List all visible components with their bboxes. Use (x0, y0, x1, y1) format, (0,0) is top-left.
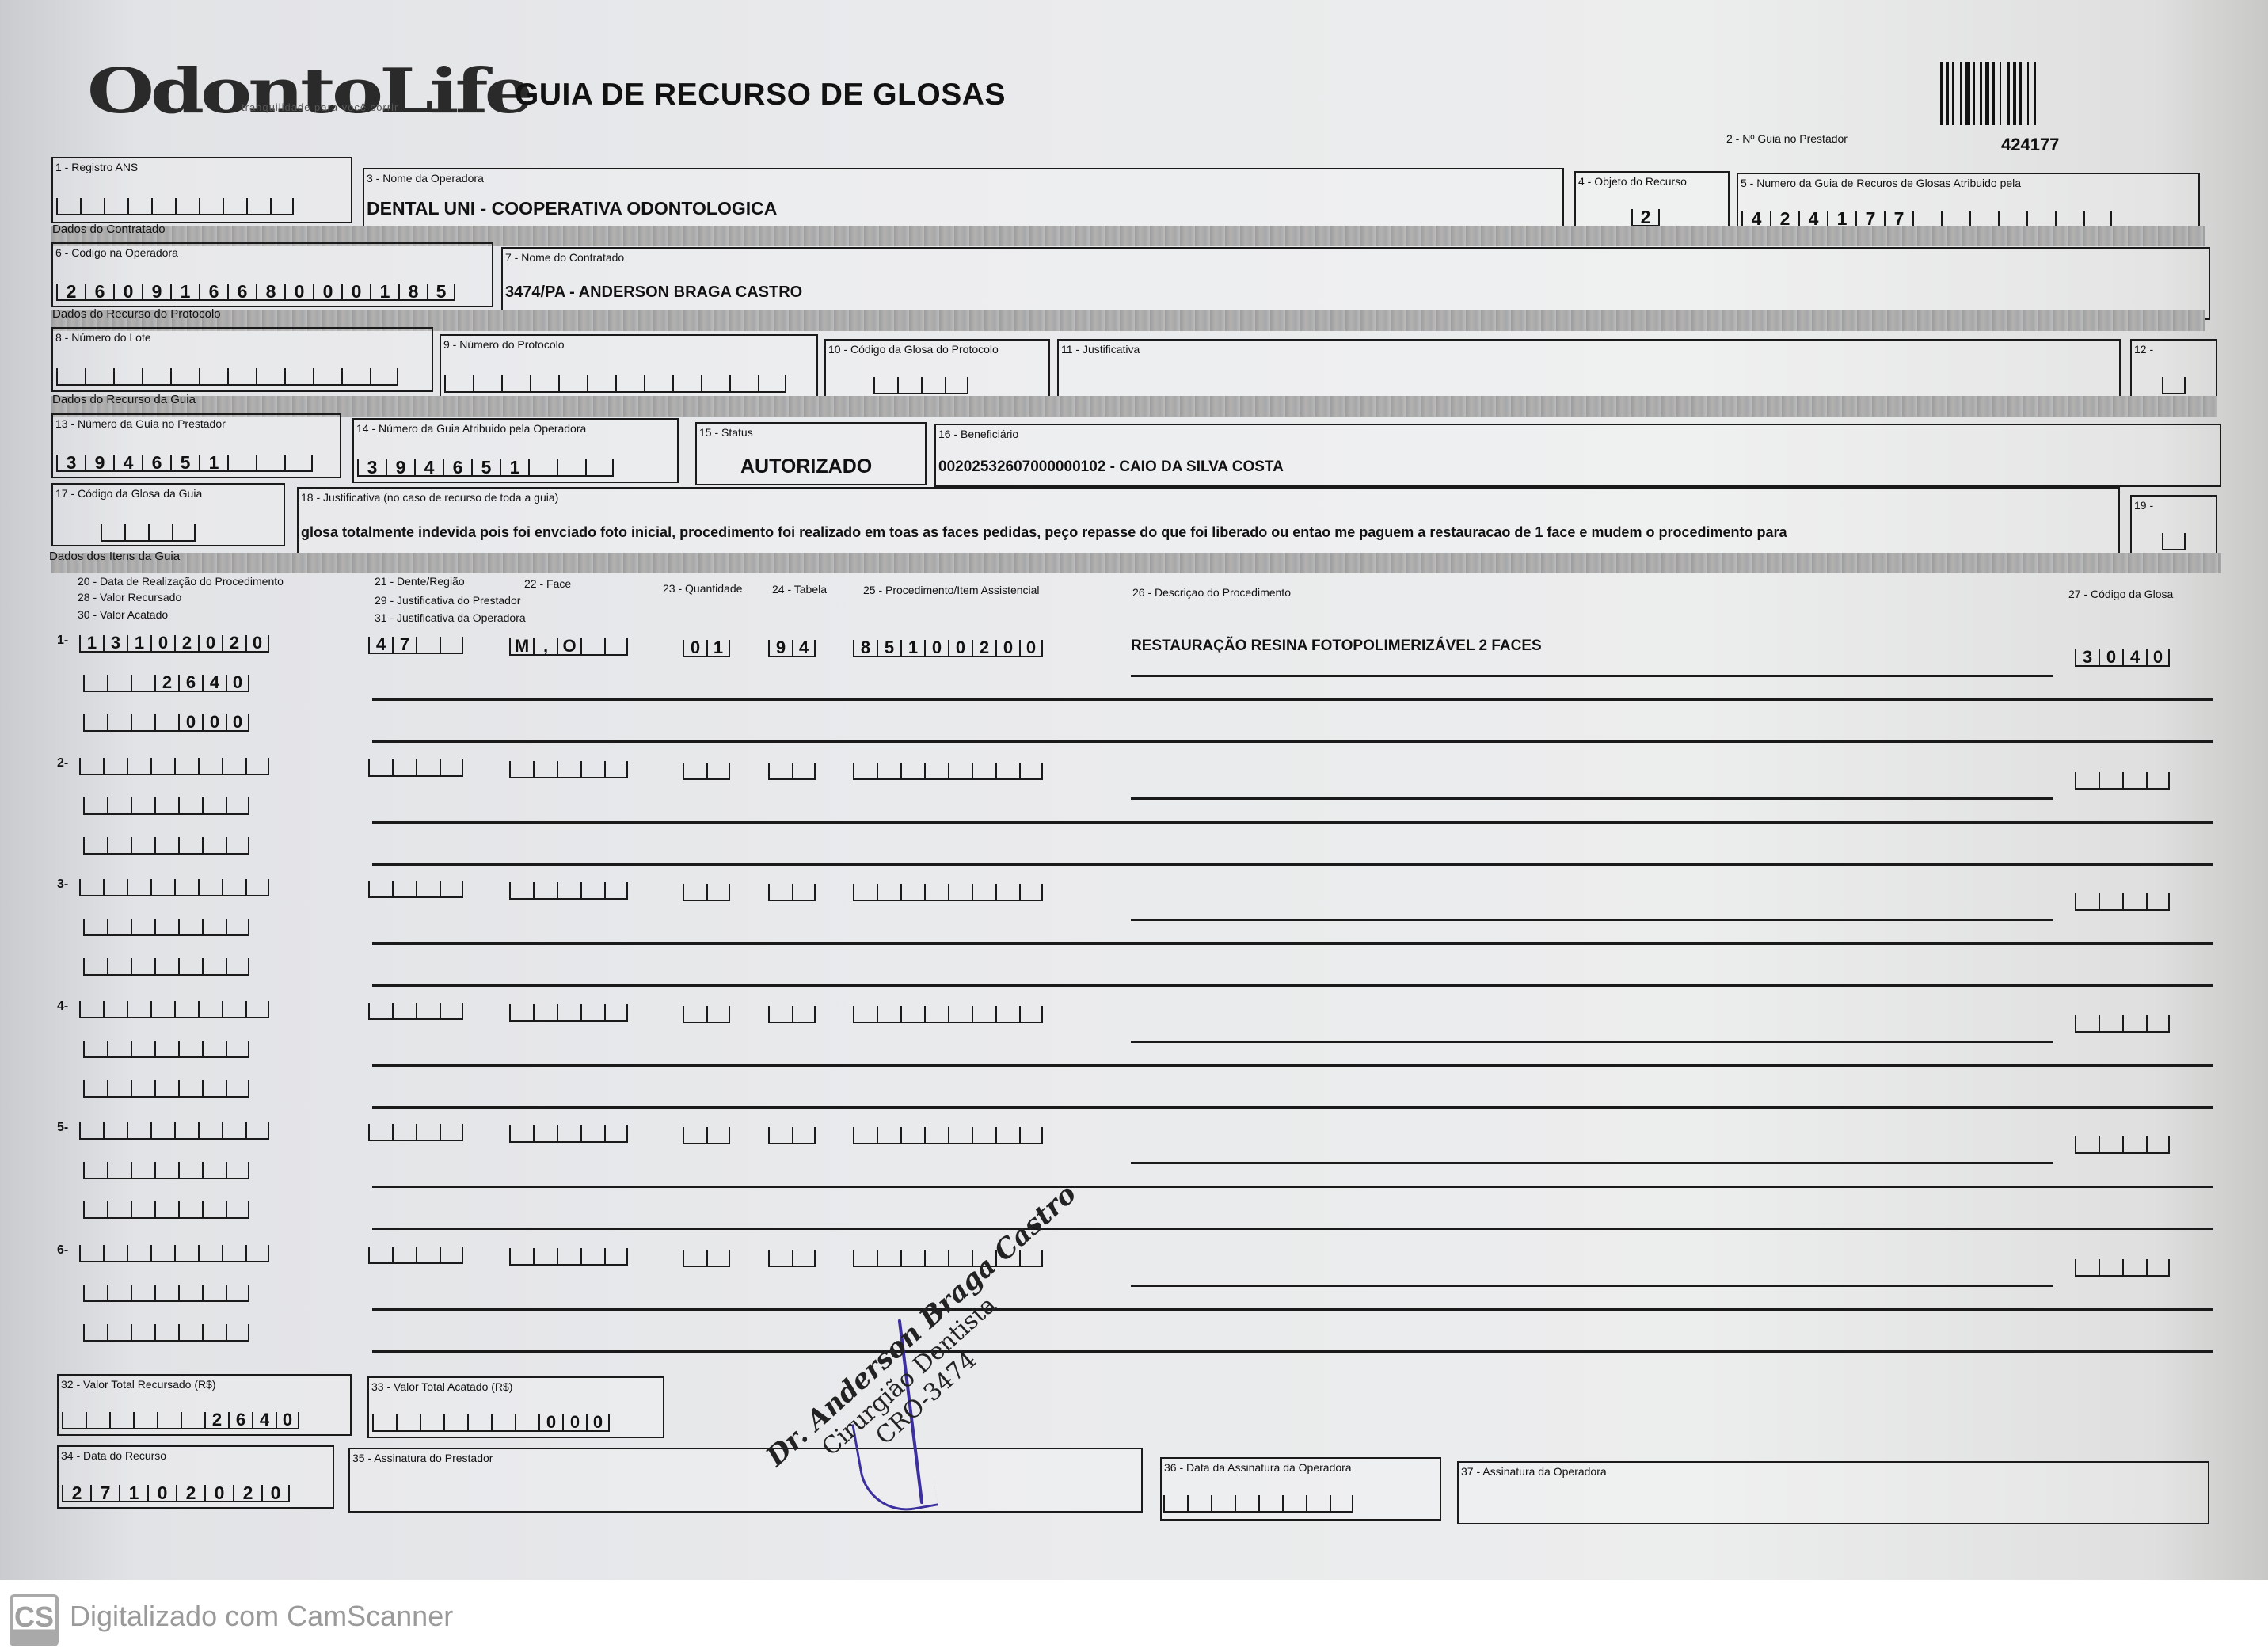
cell (107, 919, 131, 936)
cell (368, 1003, 392, 1020)
field-valor-total-acatado[interactable]: 33 - Valor Total Acatado (R$) 000 (367, 1376, 664, 1438)
cell (1282, 1495, 1306, 1513)
beneficiario-value: 00202532607000000102 - CAIO DA SILVA COS… (938, 459, 1284, 476)
justificativa-prestador-line[interactable] (372, 698, 2213, 701)
cell (370, 368, 398, 386)
cell (62, 1412, 86, 1429)
cell (202, 1201, 226, 1219)
field-12[interactable]: 12 - (2130, 339, 2217, 402)
cell (792, 1127, 816, 1144)
valor-recursado-cells[interactable] (83, 1033, 249, 1058)
cell (948, 763, 972, 780)
cell (131, 1324, 154, 1342)
valor-recursado-cells[interactable] (83, 1154, 249, 1179)
cell (226, 958, 249, 976)
status-value: AUTORIZADO (740, 455, 872, 478)
objeto-recurso-cells[interactable]: 2 (1631, 201, 1660, 226)
face-cells[interactable] (509, 1240, 628, 1266)
quantidade-cells[interactable] (683, 755, 730, 780)
justificativa-guia-value[interactable]: glosa totalmente indevida pois foi envci… (301, 524, 1787, 541)
cell (368, 881, 392, 898)
numero-protocolo-cells[interactable] (444, 367, 786, 393)
cell (585, 459, 614, 477)
field-nome-operadora[interactable]: 3 - Nome da Operadora DENTAL UNI - COOPE… (363, 168, 1564, 231)
cell: 1 (500, 459, 528, 477)
cell: 2 (176, 1485, 204, 1502)
data-assinatura-operadora-cells[interactable] (1163, 1487, 1353, 1513)
face-cells[interactable]: M,O (509, 630, 628, 656)
cell (921, 377, 945, 394)
cell (853, 884, 877, 901)
field-objeto-recurso[interactable]: 4 - Objeto do Recurso 2 (1574, 171, 1730, 233)
data-recurso-cells[interactable]: 27102020 (62, 1477, 290, 1502)
valor-total-recursado-cells[interactable]: 2640 (62, 1404, 299, 1429)
codigo-glosa-cells[interactable] (2075, 764, 2170, 790)
quantidade-cells[interactable] (683, 1119, 730, 1144)
valor-acatado-cells[interactable]: 000 (83, 706, 249, 732)
cell (392, 1003, 416, 1020)
cell (604, 1248, 628, 1266)
cell (107, 797, 131, 815)
cell (83, 1162, 107, 1179)
row-number: 5- (57, 1121, 68, 1135)
field-assinatura-prestador[interactable]: 35 - Assinatura do Prestador (348, 1448, 1143, 1513)
field-label: 14 - Número da Guia Atribuido pela Opera… (356, 422, 586, 435)
field-justificativa-guia[interactable]: 18 - Justificativa (no caso de recurso d… (297, 487, 2120, 554)
field-label: 10 - Código da Glosa do Protocolo (828, 343, 999, 356)
cell: 9 (142, 284, 170, 301)
barcode-icon (1940, 62, 2122, 125)
cell (223, 198, 246, 215)
cell (222, 1122, 245, 1140)
valor-total-acatado-cells[interactable]: 000 (372, 1406, 610, 1432)
cell (245, 1122, 269, 1140)
field-12-cells[interactable] (2162, 369, 2186, 394)
cell (604, 882, 628, 900)
valor-recursado-cells[interactable] (83, 790, 249, 815)
field-codigo-glosa-guia[interactable]: 17 - Código da Glosa da Guia (51, 483, 285, 546)
field-label: 13 - Número da Guia no Prestador (55, 417, 226, 430)
cell: 0 (948, 640, 972, 657)
valor-acatado-cells[interactable] (83, 950, 249, 976)
codigo-glosa-cells[interactable]: 3040 (2075, 641, 2170, 667)
cell (202, 1285, 226, 1302)
cell (924, 763, 948, 780)
quantidade-cells[interactable] (683, 998, 730, 1023)
cell (900, 1127, 924, 1144)
field-status[interactable]: 15 - Status AUTORIZADO (695, 422, 927, 485)
cell (83, 714, 107, 732)
cell (226, 1162, 249, 1179)
cell (83, 1285, 107, 1302)
data-realizacao-cells[interactable] (79, 1114, 269, 1140)
field-numero-guia-prestador[interactable]: 13 - Número da Guia no Prestador 394651 (51, 413, 341, 478)
cell (83, 797, 107, 815)
cell (245, 1245, 269, 1262)
cell (150, 758, 174, 775)
cell (103, 1001, 127, 1018)
cell: 2 (174, 635, 198, 653)
cell (178, 1324, 202, 1342)
cell (174, 879, 198, 896)
cell (226, 1285, 249, 1302)
cell (604, 638, 628, 656)
cell (151, 198, 175, 215)
cell (284, 368, 313, 386)
field-codigo-operadora[interactable]: 6 - Codigo na Operadora 26091668000185 (51, 242, 493, 307)
cell (101, 524, 124, 542)
cell (533, 882, 557, 900)
cell (131, 958, 154, 976)
cell (2122, 893, 2146, 911)
cell (154, 1201, 178, 1219)
cell: 4 (414, 459, 443, 477)
field-numero-protocolo[interactable]: 9 - Número do Protocolo (440, 334, 818, 398)
cell (1019, 884, 1043, 901)
cell (768, 1006, 792, 1023)
cell (154, 714, 178, 732)
cell (127, 1122, 150, 1140)
cell: 6 (178, 675, 202, 692)
cell (2146, 893, 2170, 911)
face-cells[interactable] (509, 874, 628, 900)
cell (440, 759, 463, 777)
cell: 0 (2099, 649, 2122, 667)
cell: 0 (1019, 640, 1043, 657)
justificativa-prestador-line[interactable] (372, 1308, 2213, 1311)
cell (853, 763, 877, 780)
descricao-line[interactable] (1131, 1285, 2053, 1287)
data-realizacao-cells[interactable] (79, 750, 269, 775)
cell (2162, 377, 2186, 394)
cell (83, 675, 107, 692)
cell: 6 (142, 455, 170, 472)
descricao-line[interactable] (1131, 1041, 2053, 1043)
cell: 5 (170, 455, 199, 472)
cell: 8 (256, 284, 284, 301)
tabela-cells[interactable] (768, 1242, 816, 1267)
tabela-cells[interactable] (768, 876, 816, 901)
field-label: 17 - Código da Glosa da Guia (55, 487, 202, 500)
cell (972, 1006, 995, 1023)
cell (440, 1124, 463, 1141)
cell (198, 1001, 222, 1018)
tabela-cells[interactable] (768, 998, 816, 1023)
cell: 0 (147, 1485, 176, 1502)
cell (83, 1324, 107, 1342)
procedimento-cells[interactable] (853, 755, 1043, 780)
cell (701, 375, 729, 393)
cell (533, 761, 557, 778)
cell (440, 1247, 463, 1264)
descricao-line[interactable] (1131, 797, 2053, 800)
cell (181, 1412, 204, 1429)
descricao-line[interactable] (1131, 1162, 2053, 1164)
valor-acatado-cells[interactable] (83, 1316, 249, 1342)
procedimento-cells[interactable]: 85100200 (853, 632, 1043, 657)
descricao-line[interactable] (1131, 675, 2053, 677)
cell: 4 (368, 637, 392, 654)
cell (56, 198, 80, 215)
col-header-quantidade: 23 - Quantidade (663, 582, 742, 595)
tabela-cells[interactable]: 94 (768, 632, 816, 657)
data-realizacao-cells[interactable] (79, 1237, 269, 1262)
cell (2099, 1136, 2122, 1154)
valor-recursado-cells[interactable] (83, 1277, 249, 1302)
cell (792, 763, 816, 780)
face-cells[interactable] (509, 1117, 628, 1143)
cell: 2 (62, 1485, 90, 1502)
numero-guia-prestador-cells[interactable]: 394651 (56, 447, 313, 472)
valor-recursado-cells[interactable] (83, 911, 249, 936)
cell (2146, 772, 2170, 790)
cell: 0 (313, 284, 341, 301)
procedimento-cells[interactable] (853, 998, 1043, 1023)
field-data-recurso[interactable]: 34 - Data do Recurso 27102020 (57, 1445, 334, 1509)
codigo-glosa-cells[interactable] (2075, 1129, 2170, 1154)
cell: 3 (357, 459, 386, 477)
cell (154, 1080, 178, 1098)
cell (533, 1248, 557, 1266)
field-beneficiario[interactable]: 16 - Beneficiário 00202532607000000102 -… (934, 424, 2221, 487)
cell (501, 375, 530, 393)
section-band (51, 396, 2217, 417)
cell (178, 1080, 202, 1098)
cell (1306, 1495, 1330, 1513)
procedimento-cells[interactable] (853, 1119, 1043, 1144)
cell (178, 919, 202, 936)
cell: 0 (202, 714, 226, 732)
cell (580, 761, 604, 778)
cell: 0 (178, 714, 202, 732)
cell (109, 1412, 133, 1429)
cell (154, 919, 178, 936)
cell (416, 1003, 440, 1020)
cell (729, 375, 758, 393)
nome-operadora-value: DENTAL UNI - COOPERATIVA ODONTOLOGICA (367, 198, 777, 219)
cell: 7 (392, 637, 416, 654)
justificativa-operadora-line[interactable] (372, 984, 2213, 987)
cell (440, 1003, 463, 1020)
data-realizacao-cells[interactable] (79, 993, 269, 1018)
procedimento-cells[interactable] (853, 876, 1043, 901)
cell: 0 (276, 1412, 299, 1429)
field-label: 33 - Valor Total Acatado (R$) (371, 1380, 512, 1393)
justificativa-prestador-line[interactable] (372, 1064, 2213, 1067)
row-number: 6- (57, 1243, 68, 1258)
field-label: 35 - Assinatura do Prestador (352, 1452, 493, 1464)
field-label: 37 - Assinatura da Operadora (1461, 1465, 1607, 1478)
cell (392, 881, 416, 898)
justificativa-prestador-line[interactable] (372, 1186, 2213, 1188)
face-cells[interactable] (509, 996, 628, 1022)
odontolife-logo: OdontoLife (87, 55, 530, 128)
cell (2075, 1136, 2099, 1154)
cell (509, 1004, 533, 1022)
cell (853, 1127, 877, 1144)
col-header-data: 20 - Data de Realização do Procedimento (78, 575, 283, 588)
cell (1235, 1495, 1258, 1513)
data-realizacao-cells[interactable]: 13102020 (79, 627, 269, 653)
numero-guia-recurso-cells[interactable]: 424177 (1741, 203, 2112, 228)
cell (873, 377, 897, 394)
cell (202, 1041, 226, 1058)
justificativa-operadora-line[interactable] (372, 740, 2213, 743)
cell (2099, 893, 2122, 911)
cell (900, 1006, 924, 1023)
field-label: 15 - Status (699, 426, 753, 439)
cell: 2 (56, 284, 85, 301)
cell (509, 882, 533, 900)
cell (528, 459, 557, 477)
cell (900, 763, 924, 780)
cell (530, 375, 558, 393)
valor-recursado-cells[interactable]: 2640 (83, 667, 249, 692)
cell (2099, 772, 2122, 790)
descricao-procedimento: RESTAURAÇÃO RESINA FOTOPOLIMERIZÁVEL 2 F… (1131, 638, 1542, 655)
field-label: 16 - Beneficiário (938, 428, 1018, 440)
cell (877, 763, 900, 780)
quantidade-cells[interactable] (683, 876, 730, 901)
cell (154, 837, 178, 855)
field-19[interactable]: 19 - (2130, 495, 2217, 558)
cell (924, 1006, 948, 1023)
registro-ans-cells[interactable] (56, 190, 294, 215)
cell (107, 958, 131, 976)
codigo-glosa-cells[interactable] (2075, 1007, 2170, 1033)
section-dados-guia: Dados do Recurso da Guia (52, 393, 196, 406)
cell (131, 714, 154, 732)
cell (416, 881, 440, 898)
field-nome-contratado[interactable]: 7 - Nome do Contratado 3474/PA - ANDERSO… (501, 247, 2210, 320)
cell (2122, 1015, 2146, 1033)
cell (107, 675, 131, 692)
codigo-glosa-protocolo-cells[interactable] (873, 369, 968, 394)
cell (877, 1250, 900, 1267)
col-header-just-operadora: 31 - Justificativa da Operadora (375, 611, 526, 624)
cell (157, 1412, 181, 1429)
codigo-glosa-cells[interactable] (2075, 885, 2170, 911)
cell: 1 (706, 640, 730, 657)
cell (107, 714, 131, 732)
cell (175, 198, 199, 215)
cell (245, 758, 269, 775)
cell (509, 761, 533, 778)
dente-regiao-cells[interactable]: 47 (368, 629, 463, 654)
cell (80, 198, 104, 215)
field-justificativa[interactable]: 11 - Justificativa (1057, 339, 2121, 402)
codigo-glosa-cells[interactable] (2075, 1251, 2170, 1277)
cell (86, 1412, 109, 1429)
cell (226, 837, 249, 855)
justificativa-prestador-line[interactable] (372, 942, 2213, 945)
dente-regiao-cells[interactable] (368, 873, 463, 898)
cell (416, 1247, 440, 1264)
field-registro-ans[interactable]: 1 - Registro ANS (51, 157, 352, 223)
field-19-cells[interactable] (2162, 525, 2186, 550)
dente-regiao-cells[interactable] (368, 1239, 463, 1264)
justificativa-prestador-line[interactable] (372, 821, 2213, 824)
cell (533, 1004, 557, 1022)
guia-prestador-label: 2 - Nº Guia no Prestador (1726, 132, 1848, 145)
justificativa-operadora-line[interactable] (372, 1228, 2213, 1230)
tabela-cells[interactable] (768, 1119, 816, 1144)
dente-regiao-cells[interactable] (368, 1116, 463, 1141)
field-assinatura-operadora[interactable]: 37 - Assinatura da Operadora (1457, 1461, 2209, 1524)
field-valor-total-recursado[interactable]: 32 - Valor Total Recursado (R$) 2640 (57, 1374, 352, 1436)
field-numero-lote[interactable]: 8 - Número do Lote (51, 327, 433, 392)
cell (154, 1041, 178, 1058)
numero-lote-cells[interactable] (56, 360, 398, 386)
valor-acatado-cells[interactable] (83, 829, 249, 855)
cell (202, 958, 226, 976)
cell (372, 1414, 396, 1432)
codigo-operadora-cells[interactable]: 26091668000185 (56, 276, 455, 301)
col-header-just-prestador: 29 - Justificativa do Prestador (375, 594, 520, 607)
cell: 0 (562, 1414, 586, 1432)
valor-acatado-cells[interactable] (83, 1072, 249, 1098)
cell (853, 1250, 877, 1267)
field-codigo-glosa-protocolo[interactable]: 10 - Código da Glosa do Protocolo (824, 339, 1050, 401)
field-label: 4 - Objeto do Recurso (1578, 175, 1687, 188)
cell (79, 1001, 103, 1018)
cell: 6 (199, 284, 227, 301)
cell (133, 1412, 157, 1429)
cell: 0 (284, 284, 313, 301)
camscanner-watermark: Digitalizado com CamScanner (70, 1600, 453, 1633)
data-realizacao-cells[interactable] (79, 871, 269, 896)
cell (103, 1245, 127, 1262)
descricao-line[interactable] (1131, 919, 2053, 921)
cell (444, 375, 473, 393)
cell (706, 1127, 730, 1144)
quantidade-cells[interactable] (683, 1242, 730, 1267)
codigo-glosa-guia-cells[interactable] (101, 516, 196, 542)
cell (924, 1127, 948, 1144)
field-numero-guia-operadora[interactable]: 14 - Número da Guia Atribuido pela Opera… (352, 418, 679, 483)
cell (227, 455, 256, 472)
tabela-cells[interactable] (768, 755, 816, 780)
justificativa-operadora-line[interactable] (372, 863, 2213, 866)
face-cells[interactable] (509, 753, 628, 778)
cell (440, 637, 463, 654)
cell (113, 368, 142, 386)
justificativa-operadora-line[interactable] (372, 1106, 2213, 1109)
cell (2146, 1136, 2170, 1154)
cell (107, 1285, 131, 1302)
cell (706, 1250, 730, 1267)
numero-guia-operadora-cells[interactable]: 394651 (357, 451, 614, 477)
justificativa-operadora-line[interactable] (372, 1350, 2213, 1353)
cell (202, 797, 226, 815)
dente-regiao-cells[interactable] (368, 752, 463, 777)
cell (1019, 763, 1043, 780)
section-dados-itens: Dados dos Itens da Guia (49, 550, 180, 563)
cell (580, 882, 604, 900)
cell (178, 1041, 202, 1058)
cell: 0 (538, 1414, 562, 1432)
valor-acatado-cells[interactable] (83, 1193, 249, 1219)
quantidade-cells[interactable]: 01 (683, 632, 730, 657)
cell (83, 1201, 107, 1219)
cell (533, 1125, 557, 1143)
cell (2146, 1015, 2170, 1033)
row-number: 2- (57, 756, 68, 771)
cell (131, 1285, 154, 1302)
field-data-assinatura-operadora[interactable]: 36 - Data da Assinatura da Operadora (1160, 1457, 1441, 1521)
dente-regiao-cells[interactable] (368, 995, 463, 1020)
cell (226, 1324, 249, 1342)
